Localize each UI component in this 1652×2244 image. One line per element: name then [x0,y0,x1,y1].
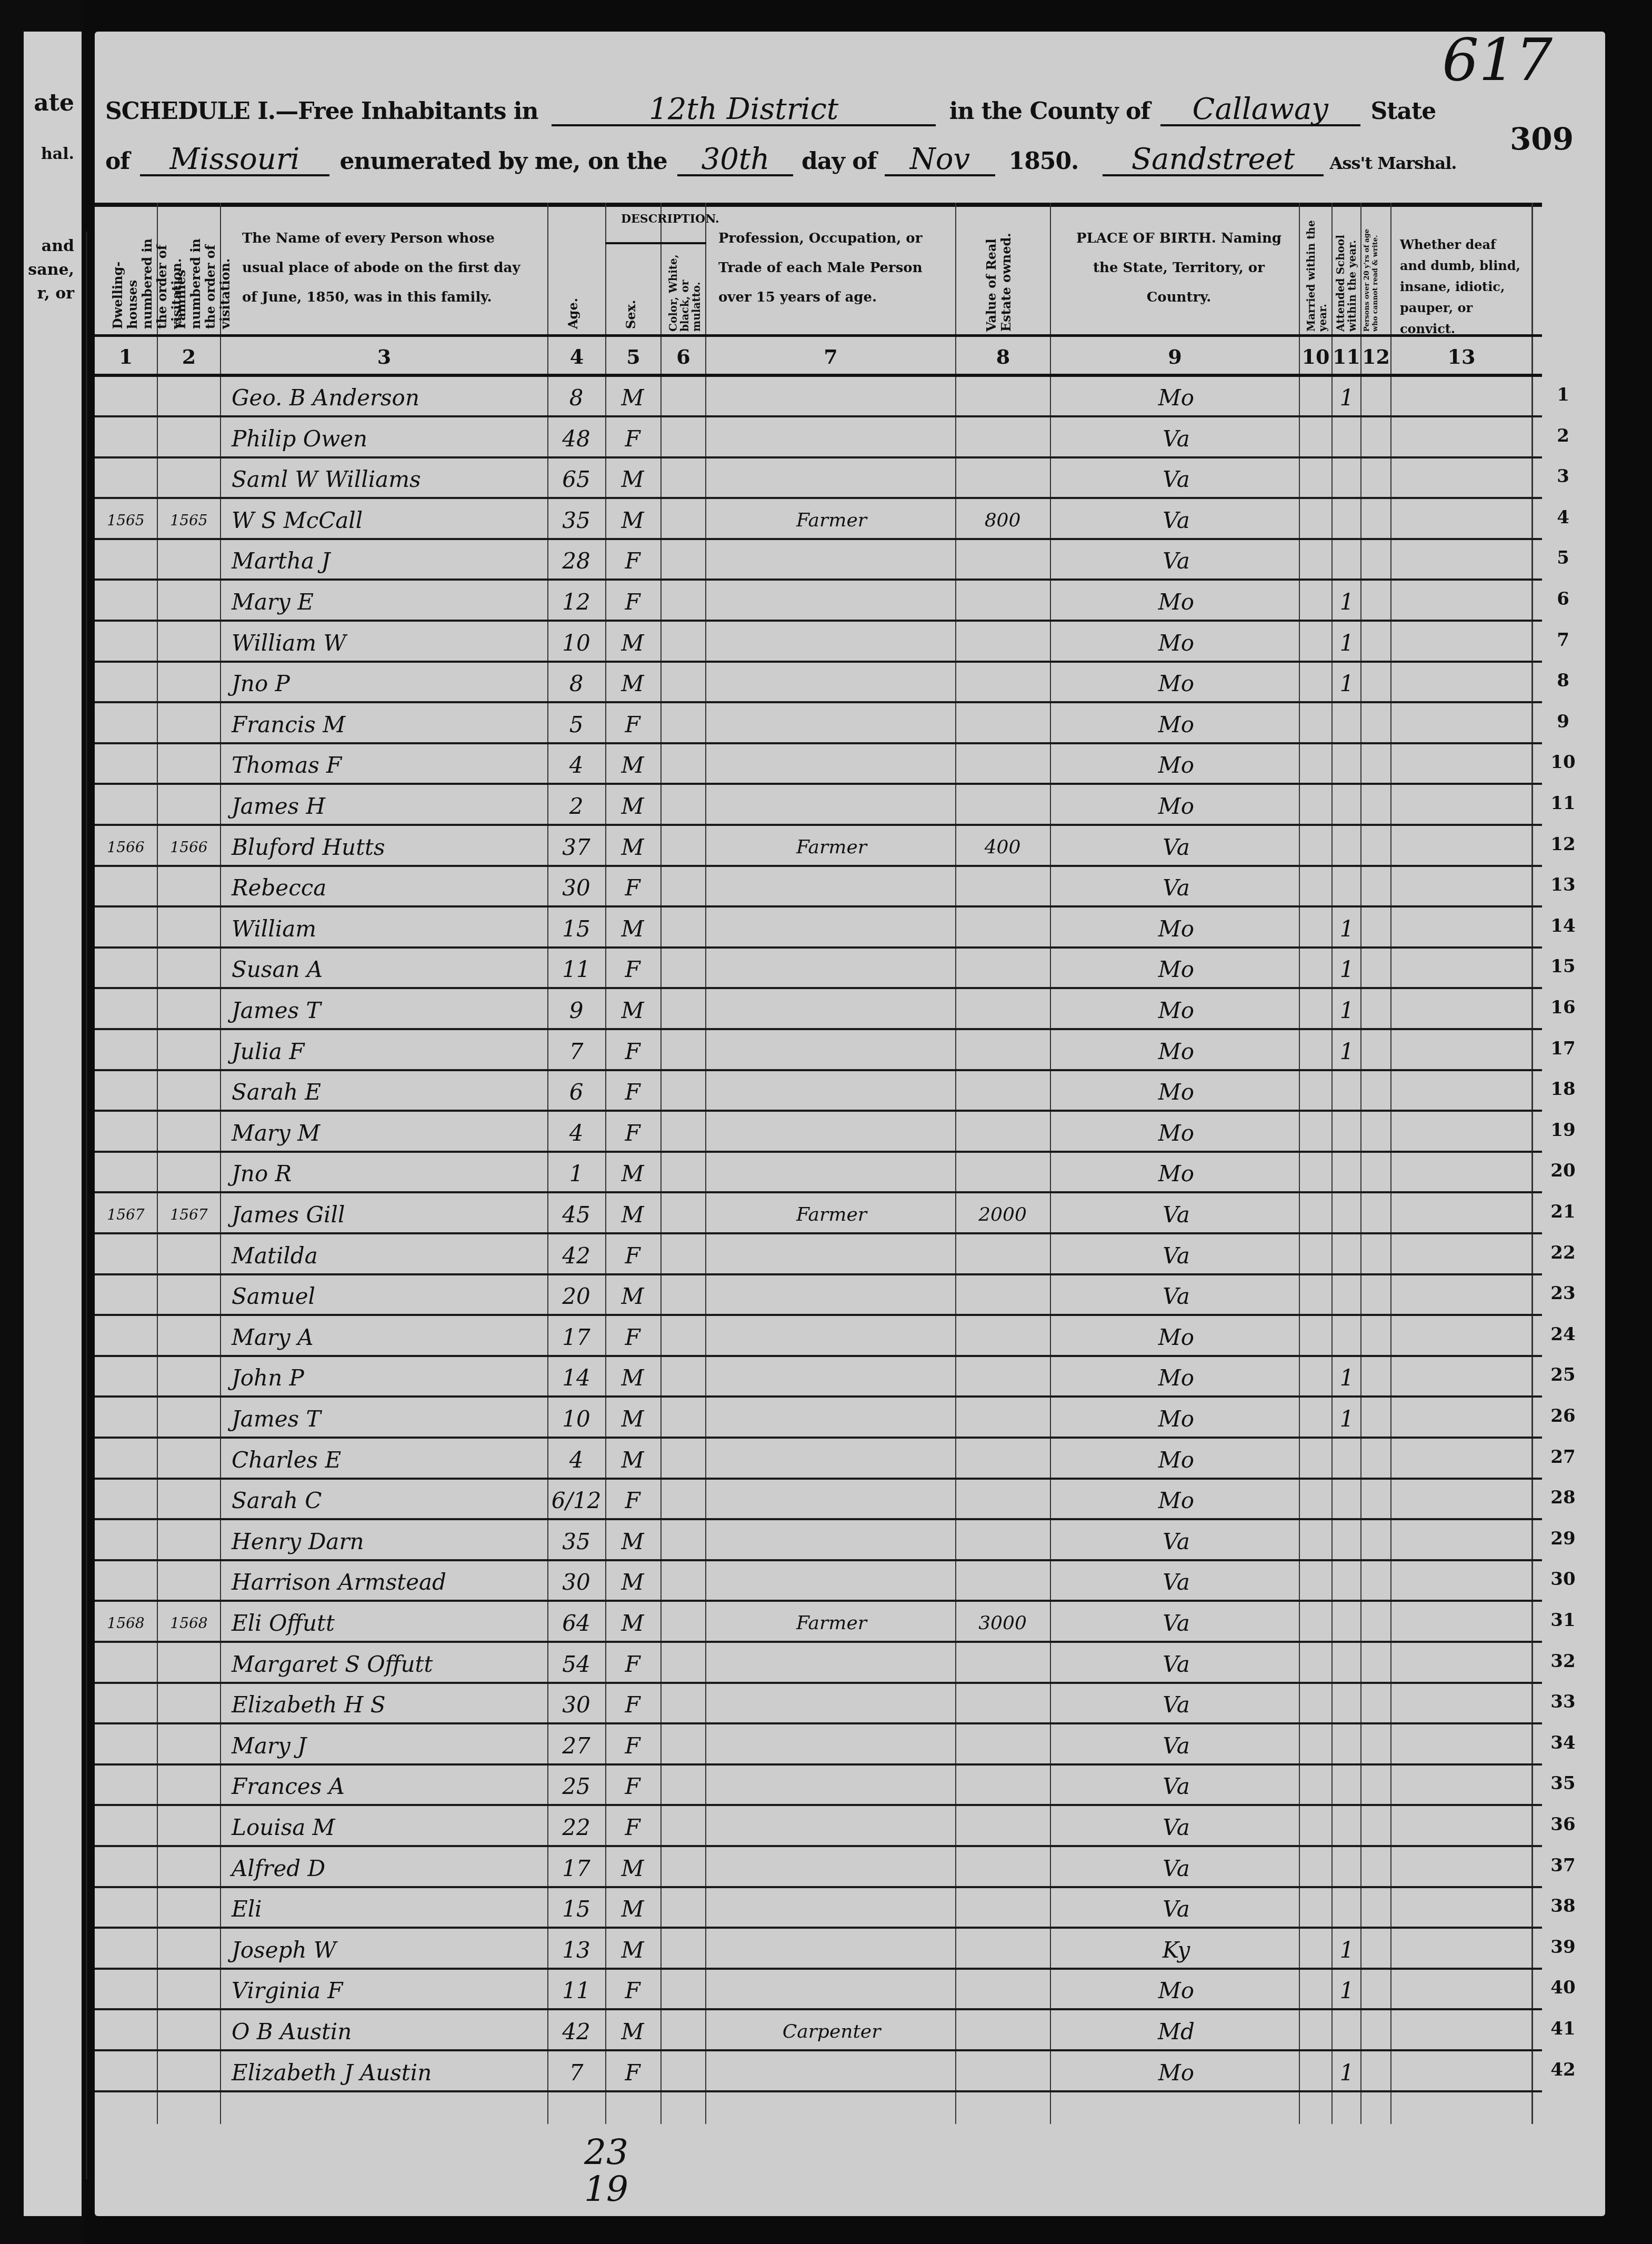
age: 48 [548,422,604,456]
condition [1393,1688,1529,1722]
birthplace: Mo [1053,953,1300,986]
school-mark [1333,2015,1361,2049]
row-rule [95,1518,1542,1520]
condition [1393,1729,1529,1763]
birthplace: Mo [1053,790,1300,823]
color [662,708,704,742]
row-rule [95,1559,1542,1561]
condition [1393,1239,1529,1273]
color [662,585,704,619]
married-mark [1300,1443,1331,1477]
col-number: 2 [158,345,220,368]
row-rule [95,2049,1542,2051]
birthplace: Va [1053,463,1300,496]
marshal-field: Sandstreet [1103,145,1324,176]
age: 15 [548,912,604,946]
schedule-title: SCHEDULE I.—Free Inhabitants in [105,98,538,125]
color [662,1157,704,1191]
line-number: 36 [1547,1814,1579,1835]
line-number: 21 [1547,1201,1579,1222]
age: 17 [548,1852,604,1886]
sex: M [606,831,659,864]
family-number [158,1075,220,1109]
occupation: Farmer [708,1198,955,1232]
occupation [708,626,955,660]
condition [1393,2056,1529,2090]
married-mark [1300,1035,1331,1069]
family-number [158,1565,220,1599]
color [662,1361,704,1395]
line-number: 25 [1547,1364,1579,1385]
occupation: Farmer [708,1607,955,1640]
age: 1 [548,1157,604,1191]
line-number: 41 [1547,2018,1579,2039]
row-rule [95,1437,1542,1439]
occupation [708,1811,955,1844]
table-row: O B Austin42MCarpenterMd41 [95,2011,1542,2051]
person-name: John P [232,1361,547,1395]
line-number: 19 [1547,1120,1579,1141]
real-estate-value [958,1443,1047,1477]
school-mark [1333,1321,1361,1354]
family-number [158,626,220,660]
sex: F [606,1116,659,1150]
table-row: Mary E12FMo16 [95,581,1542,622]
birthplace: Va [1053,1770,1300,1803]
dwelling-number [95,422,157,456]
dwelling-number [95,790,157,823]
condition [1393,1892,1529,1926]
sex: M [606,463,659,496]
real-estate-value: 400 [958,831,1047,864]
dwelling-number [95,1361,157,1395]
illiterate-mark [1362,1361,1390,1395]
age: 4 [548,1116,604,1150]
age: 25 [548,1770,604,1803]
birthplace: Mo [1053,585,1300,619]
occupation [708,585,955,619]
row-rule [95,1641,1542,1643]
school-mark [1333,1116,1361,1150]
prev-page-fragment: r, or [37,284,74,303]
dwelling-number [95,912,157,946]
color [662,1402,704,1436]
col-header-name: The Name of every Person whose usual pla… [242,224,532,312]
table-row: Elizabeth H S30FVa33 [95,1684,1542,1724]
birthplace: Va [1053,1892,1300,1926]
occupation [708,994,955,1028]
dwelling-number [95,1075,157,1109]
row-rule [95,905,1542,907]
married-mark [1300,2015,1331,2049]
person-name: William [232,912,547,946]
illiterate-mark [1362,790,1390,823]
real-estate-value [958,585,1047,619]
col-number: 5 [606,345,660,368]
person-name: Rebecca [232,871,547,905]
school-mark [1333,871,1361,905]
table-row: William15MMo114 [95,908,1542,949]
family-number [158,667,220,701]
illiterate-mark [1362,871,1390,905]
color [662,1565,704,1599]
married-mark [1300,422,1331,456]
table-row: Charles E4MMo27 [95,1439,1542,1480]
sex: M [606,1525,659,1559]
condition [1393,1607,1529,1640]
family-number [158,871,220,905]
row-rule [95,1968,1542,1970]
col-header-school: Attended School within the year. [1335,213,1360,332]
school-mark: 1 [1333,1933,1361,1967]
age: 8 [548,381,604,415]
sex: M [606,504,659,537]
birthplace: Va [1053,422,1300,456]
person-name: Elizabeth H S [232,1688,547,1722]
condition [1393,1525,1529,1559]
school-mark [1333,749,1361,782]
real-estate-value [958,2056,1047,2090]
age: 28 [548,544,604,578]
birthplace: Mo [1053,1443,1300,1477]
row-rule [95,742,1542,744]
census-page: 617 SCHEDULE I.—Free Inhabitants in 12th… [95,32,1605,2216]
school-mark [1333,1525,1361,1559]
sex: F [606,1648,659,1681]
line-number: 26 [1547,1405,1579,1427]
age: 4 [548,1443,604,1477]
illiterate-mark [1362,1075,1390,1109]
condition [1393,790,1529,823]
family-number [158,2015,220,2049]
person-name: Geo. B Anderson [232,381,547,415]
person-name: Elizabeth J Austin [232,2056,547,2090]
col-number: 8 [956,345,1050,368]
sex: M [606,790,659,823]
col-number: 9 [1051,345,1299,368]
married-mark [1300,1811,1331,1844]
illiterate-mark [1362,912,1390,946]
color [662,1443,704,1477]
person-name: Sarah C [232,1484,547,1518]
col-header-condition: Whether deaf and dumb, blind, insane, id… [1400,234,1526,340]
dwelling-number [95,667,157,701]
birthplace: Mo [1053,1116,1300,1150]
state-field: Missouri [140,145,329,176]
occupation [708,953,955,986]
occupation [708,790,955,823]
age: 64 [548,1607,604,1640]
person-name: Samuel [232,1280,547,1313]
occupation: Carpenter [708,2015,955,2049]
description-group-label: DESCRIPTION. [621,212,719,226]
state-label: State [1370,98,1436,125]
table-row: 15671567James Gill45MFarmer2000Va21 [95,1194,1542,1234]
sex: M [606,1892,659,1926]
condition [1393,953,1529,986]
line-number: 5 [1547,547,1579,569]
person-name: Thomas F [232,749,547,782]
family-number [158,1361,220,1395]
occupation [708,1116,955,1150]
family-number [158,1933,220,1967]
married-mark [1300,871,1331,905]
occupation [708,1565,955,1599]
dwelling-number [95,1239,157,1273]
school-mark [1333,1729,1361,1763]
person-name: Mary A [232,1321,547,1354]
family-number [158,1974,220,2008]
row-rule [95,538,1542,540]
occupation [708,1075,955,1109]
color [662,2056,704,2090]
table-row: Jno R1MMo20 [95,1153,1542,1193]
birthplace: Va [1053,871,1300,905]
age: 20 [548,1280,604,1313]
birthplace: Va [1053,1607,1300,1640]
school-mark [1333,1892,1361,1926]
row-rule [95,1069,1542,1071]
sex: M [606,1198,659,1232]
table-row: Philip Owen48FVa2 [95,418,1542,458]
condition [1393,1361,1529,1395]
married-mark [1300,1688,1331,1722]
dwelling-number [95,871,157,905]
dwelling-number [95,708,157,742]
table-row: 15661566Bluford Hutts37MFarmer400Va12 [95,826,1542,867]
sex: F [606,585,659,619]
married-mark [1300,1565,1331,1599]
married-mark [1300,2056,1331,2090]
family-number [158,1648,220,1681]
line-number: 30 [1547,1569,1579,1590]
row-rule [95,824,1542,826]
col-header-color: Color, White, black, or mulatto. [667,247,704,332]
line-number: 33 [1547,1691,1579,1712]
real-estate-value [958,708,1047,742]
age: 2 [548,790,604,823]
family-number: 1565 [158,504,220,537]
color [662,626,704,660]
dwelling-number [95,1892,157,1926]
birthplace: Va [1053,504,1300,537]
color [662,544,704,578]
illiterate-mark [1362,1648,1390,1681]
birthplace: Mo [1053,381,1300,415]
row-rule [95,1763,1542,1766]
row-rule [95,783,1542,785]
birthplace: Mo [1053,2056,1300,2090]
birthplace: Mo [1053,626,1300,660]
color [662,1892,704,1926]
family-number [158,1484,220,1518]
table-row: Matilda42FVa22 [95,1235,1542,1275]
color [662,994,704,1028]
occupation [708,1157,955,1191]
person-name: William W [232,626,547,660]
col-number: 12 [1361,345,1390,368]
married-mark [1300,381,1331,415]
color [662,912,704,946]
line-number: 17 [1547,1038,1579,1059]
line-number: 28 [1547,1487,1579,1508]
dwelling-number [95,1648,157,1681]
dwelling-number: 1565 [95,504,157,537]
dwelling-number [95,585,157,619]
age: 37 [548,831,604,864]
illiterate-mark [1362,1484,1390,1518]
school-mark [1333,1607,1361,1640]
row-rule [95,1314,1542,1316]
row-rule [95,1478,1542,1480]
family-number [158,1525,220,1559]
line-number: 8 [1547,670,1579,691]
birthplace: Va [1053,1648,1300,1681]
color [662,749,704,782]
color [662,1607,704,1640]
real-estate-value [958,544,1047,578]
district-field: 12th District [552,95,936,126]
married-mark [1300,953,1331,986]
family-number [158,1443,220,1477]
condition [1393,1075,1529,1109]
condition [1393,585,1529,619]
col-header-sex: Sex. [624,282,645,329]
sex: M [606,626,659,660]
occupation [708,1648,955,1681]
married-mark [1300,790,1331,823]
married-mark [1300,831,1331,864]
day-of-label: day of [802,148,876,175]
dwelling-number [95,1811,157,1844]
sex: F [606,1075,659,1109]
family-number [158,953,220,986]
married-mark [1300,1892,1331,1926]
real-estate-value [958,381,1047,415]
table-row: James T9MMo116 [95,990,1542,1030]
real-estate-value [958,667,1047,701]
table-row: 15651565W S McCall35MFarmer800Va4 [95,500,1542,540]
previous-page-edge: ate hal. and sane, r, or [0,0,84,2244]
table-row: Susan A11FMo115 [95,949,1542,989]
condition [1393,1484,1529,1518]
birthplace: Va [1053,1198,1300,1232]
title-line-2: of Missouri enumerated by me, on the 30t… [105,145,1456,176]
occupation [708,1402,955,1436]
school-mark: 1 [1333,1035,1361,1069]
family-number [158,708,220,742]
row-rule [95,497,1542,499]
day-field: 30th [677,145,793,176]
real-estate-value [958,1770,1047,1803]
table-row: Sarah E6FMo18 [95,1071,1542,1112]
sex: F [606,544,659,578]
married-mark [1300,626,1331,660]
illiterate-mark [1362,1770,1390,1803]
condition [1393,1402,1529,1436]
occupation [708,1443,955,1477]
illiterate-mark [1362,1974,1390,2008]
line-number: 35 [1547,1773,1579,1794]
family-number [158,1811,220,1844]
condition [1393,626,1529,660]
family-number [158,1321,220,1354]
condition [1393,1565,1529,1599]
school-mark [1333,504,1361,537]
birthplace: Mo [1053,667,1300,701]
school-mark [1333,1075,1361,1109]
family-number [158,1239,220,1273]
dwelling-number [95,1402,157,1436]
family-number [158,381,220,415]
occupation [708,1729,955,1763]
dwelling-number: 1567 [95,1198,157,1232]
dwelling-number [95,1157,157,1191]
col-number: 11 [1333,345,1360,368]
occupation [708,708,955,742]
school-mark [1333,831,1361,864]
school-mark [1333,544,1361,578]
line-number: 2 [1547,425,1579,446]
row-rule [95,1151,1542,1153]
condition [1393,1770,1529,1803]
dwelling-number [95,1525,157,1559]
col-number: 1 [95,345,157,368]
sex: M [606,1443,659,1477]
col-number: 4 [548,345,605,368]
line-number: 9 [1547,711,1579,732]
married-mark [1300,667,1331,701]
real-estate-value [958,1321,1047,1354]
person-name: Joseph W [232,1933,547,1967]
row-rule [95,1682,1542,1684]
sex: F [606,953,659,986]
condition [1393,708,1529,742]
condition [1393,667,1529,701]
table-row: Eli15MVa38 [95,1888,1542,1929]
school-mark: 1 [1333,1974,1361,2008]
age: 6/12 [548,1484,604,1518]
birthplace: Mo [1053,1075,1300,1109]
occupation [708,2056,955,2090]
real-estate-value [958,1116,1047,1150]
school-mark: 1 [1333,667,1361,701]
condition [1393,831,1529,864]
married-mark [1300,1075,1331,1109]
school-mark [1333,1565,1361,1599]
person-name: O B Austin [232,2015,547,2049]
real-estate-value [958,953,1047,986]
dwelling-number [95,463,157,496]
birthplace: Va [1053,1811,1300,1844]
color [662,1688,704,1722]
table-row: 15681568Eli Offutt64MFarmer3000Va31 [95,1602,1542,1643]
line-number: 4 [1547,507,1579,528]
age: 4 [548,749,604,782]
married-mark [1300,1239,1331,1273]
condition [1393,994,1529,1028]
row-rule [95,661,1542,663]
color [662,2015,704,2049]
year-label: 1850. [1009,148,1079,175]
prev-page-fragment: hal. [41,145,74,163]
age: 15 [548,1892,604,1926]
line-number: 24 [1547,1324,1579,1345]
table-row: Martha J28FVa5 [95,540,1542,581]
prev-page-fragment: ate [34,89,74,116]
table-row: Joseph W13MKy139 [95,1929,1542,1970]
table-row: Elizabeth J Austin7FMo142 [95,2052,1542,2092]
